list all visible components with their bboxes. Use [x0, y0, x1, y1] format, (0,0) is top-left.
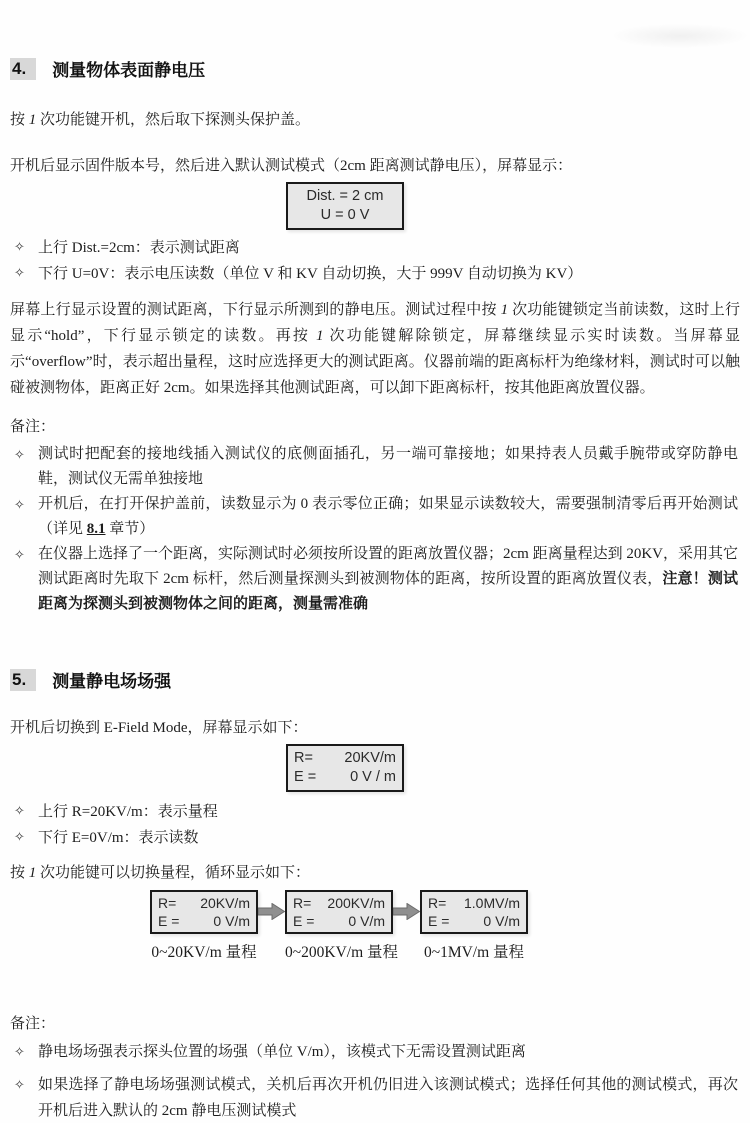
lcd-r-value: 20KV/m [200, 894, 250, 912]
lcd-e-label: E = [294, 768, 316, 787]
paragraph-text: 屏幕上行显示设置的测试距离，下行显示所测到的静电压。测试过程中按 [10, 302, 501, 318]
note-text: 开机后，在打开保护盖前，读数显示为 0 表示零位正确；如果显示读数较大，需要强制… [38, 492, 750, 542]
section-5-note-list: ✧ 静电场场强表示探头位置的场强（单位 V/m），该模式下无需设置测试距离 ✧ … [0, 1039, 750, 1123]
lcd-r-label: R= [294, 749, 313, 768]
range-caption: 0~20KV/m 量程 [150, 942, 258, 964]
note-text-segment: 在仪器上选择了一个距离，实际测试时必须按所设置的距离放置仪器；2cm 距离量程达… [38, 546, 738, 587]
range-caption: 0~1MV/m 量程 [420, 942, 528, 964]
lcd-reading-row: E =0 V/m [293, 912, 385, 930]
section-4-screen-intro-paragraph: 开机后显示固件版本号，然后进入默认测试模式（2cm 距离测试静电压），屏幕显示： [10, 156, 738, 176]
bullet-text: 下行 E=0V/m：表示读数 [38, 825, 750, 851]
note-item: ✧ 如果选择了静电场场强测试模式，关机后再次开机仍旧进入该测试模式；选择任何其他… [0, 1072, 750, 1123]
diamond-bullet-icon: ✧ [14, 492, 38, 542]
mini-lcd-display: R=1.0MV/m E =0 V/m [420, 890, 528, 934]
hold-overflow-paragraph: 屏幕上行显示设置的测试距离，下行显示所测到的静电压。测试过程中按 1 次功能键锁… [10, 297, 740, 401]
lcd-e-value: 0 V / m [350, 768, 396, 787]
diamond-bullet-icon: ✧ [14, 1039, 38, 1066]
lcd-range-row: R=1.0MV/m [428, 894, 520, 912]
intro-text: 按 [10, 112, 29, 128]
note-item: ✧ 测试时把配套的接地线插入测试仪的底侧面插孔，另一端可靠接地；如果持表人员戴手… [0, 442, 750, 492]
manual-page: 4. 测量物体表面静电压 按 1 次功能键开机，然后取下探测头保护盖。 开机后显… [0, 0, 750, 1123]
bullet-item: ✧ 下行 E=0V/m：表示读数 [0, 825, 750, 851]
bullet-text: 上行 Dist.=2cm：表示测试距离 [38, 235, 750, 261]
note-item: ✧ 在仪器上选择了一个距离，实际测试时必须按所设置的距离放置仪器；2cm 距离量… [0, 542, 750, 617]
note-text: 如果选择了静电场场强测试模式，关机后再次开机仍旧进入该测试模式；选择任何其他的测… [38, 1072, 750, 1123]
diamond-bullet-icon: ✧ [14, 825, 38, 851]
section-5-title: 测量静电场场强 [52, 667, 171, 692]
scan-smudge-artifact [612, 24, 748, 48]
intro-text: 次功能键开机，然后取下探测头保护盖。 [36, 112, 310, 128]
range-unit-200kv: R=200KV/m E =0 V/m 0~200KV/m 量程 [285, 890, 393, 964]
diamond-bullet-icon: ✧ [14, 261, 38, 287]
lcd-e-value: 0 V/m [213, 912, 250, 930]
lcd-r-value: 1.0MV/m [464, 894, 520, 912]
range-unit-1mv: R=1.0MV/m E =0 V/m 0~1MV/m 量程 [420, 890, 528, 964]
note-item: ✧ 静电场场强表示探头位置的场强（单位 V/m），该模式下无需设置测试距离 [0, 1039, 750, 1066]
section-4-note-list: ✧ 测试时把配套的接地线插入测试仪的底侧面插孔，另一端可靠接地；如果持表人员戴手… [0, 442, 750, 617]
lcd-r-value: 200KV/m [327, 894, 385, 912]
note-text: 在仪器上选择了一个距离，实际测试时必须按所设置的距离放置仪器；2cm 距离量程达… [38, 542, 750, 617]
lcd-line-voltage: U = 0 V [294, 206, 396, 225]
note-text-segment: 章节） [106, 521, 155, 537]
section-5-bullet-list: ✧ 上行 R=20KV/m：表示量程 ✧ 下行 E=0V/m：表示读数 [0, 799, 750, 851]
lcd-e-value: 0 V/m [483, 912, 520, 930]
section-4-heading: 4. 测量物体表面静电压 [10, 56, 750, 81]
lcd-e-label: E = [428, 912, 449, 930]
note-text: 测试时把配套的接地线插入测试仪的底侧面插孔，另一端可靠接地；如果持表人员戴手腕带… [38, 442, 750, 492]
diamond-bullet-icon: ✧ [14, 442, 38, 492]
bullet-text: 下行 U=0V：表示电压读数（单位 V 和 KV 自动切换，大于 999V 自动… [38, 261, 750, 287]
lcd-range-row: R= 20KV/m [294, 749, 396, 768]
lcd-e-label: E = [158, 912, 179, 930]
lcd-reading-row: E = 0 V / m [294, 768, 396, 787]
lcd-line-distance: Dist. = 2 cm [294, 187, 396, 206]
bullet-text: 上行 R=20KV/m：表示量程 [38, 799, 750, 825]
section-5-intro-paragraph: 开机后切换到 E-Field Mode，屏幕显示如下： [10, 718, 738, 738]
lcd-display-efield: R= 20KV/m E = 0 V / m [286, 744, 404, 792]
right-arrow-icon [393, 903, 420, 920]
diamond-bullet-icon: ✧ [14, 235, 38, 261]
section-4-bullet-list: ✧ 上行 Dist.=2cm：表示测试距离 ✧ 下行 U=0V：表示电压读数（单… [0, 235, 750, 287]
range-cycle-diagram: R=20KV/m E =0 V/m 0~20KV/m 量程 R=200KV/m … [150, 890, 750, 964]
lcd-r-label: R= [293, 894, 311, 912]
diamond-bullet-icon: ✧ [14, 542, 38, 617]
lcd-e-label: E = [293, 912, 314, 930]
lcd-reading-row: E =0 V/m [428, 912, 520, 930]
italic-number: 1 [316, 328, 324, 344]
section-5-heading: 5. 测量静电场场强 [10, 667, 750, 692]
lcd-r-label: R= [158, 894, 176, 912]
mini-lcd-display: R=200KV/m E =0 V/m [285, 890, 393, 934]
lcd-display-voltage: Dist. = 2 cm U = 0 V [286, 182, 404, 230]
diamond-bullet-icon: ✧ [14, 1072, 38, 1123]
note-text: 静电场场强表示探头位置的场强（单位 V/m），该模式下无需设置测试距离 [38, 1039, 750, 1066]
section-4-number-badge: 4. [10, 58, 36, 80]
range-switch-intro-paragraph: 按 1 次功能键可以切换量程，循环显示如下： [10, 863, 738, 883]
chapter-8-1-link[interactable]: 8.1 [87, 521, 106, 537]
range-caption: 0~200KV/m 量程 [285, 942, 393, 964]
section-4-title: 测量物体表面静电压 [52, 56, 205, 81]
italic-number: 1 [501, 302, 509, 318]
lcd-range-row: R=20KV/m [158, 894, 250, 912]
lcd-range-row: R=200KV/m [293, 894, 385, 912]
intro-text: 按 [10, 865, 29, 881]
lcd-e-value: 0 V/m [348, 912, 385, 930]
lcd-r-label: R= [428, 894, 446, 912]
lcd-r-value: 20KV/m [344, 749, 396, 768]
bullet-item: ✧ 上行 Dist.=2cm：表示测试距离 [0, 235, 750, 261]
intro-text: 次功能键可以切换量程，循环显示如下： [36, 865, 310, 881]
bullet-item: ✧ 上行 R=20KV/m：表示量程 [0, 799, 750, 825]
bullet-item: ✧ 下行 U=0V：表示电压读数（单位 V 和 KV 自动切换，大于 999V … [0, 261, 750, 287]
lcd-reading-row: E =0 V/m [158, 912, 250, 930]
mini-lcd-display: R=20KV/m E =0 V/m [150, 890, 258, 934]
section-4-intro-paragraph: 按 1 次功能键开机，然后取下探测头保护盖。 [10, 110, 738, 130]
section-5-number-badge: 5. [10, 669, 36, 691]
section-5-notes-label: 备注： [10, 1012, 750, 1037]
section-4-notes-label: 备注： [10, 415, 750, 440]
right-arrow-icon [258, 903, 285, 920]
diamond-bullet-icon: ✧ [14, 799, 38, 825]
range-unit-20kv: R=20KV/m E =0 V/m 0~20KV/m 量程 [150, 890, 258, 964]
note-item: ✧ 开机后，在打开保护盖前，读数显示为 0 表示零位正确；如果显示读数较大，需要… [0, 492, 750, 542]
